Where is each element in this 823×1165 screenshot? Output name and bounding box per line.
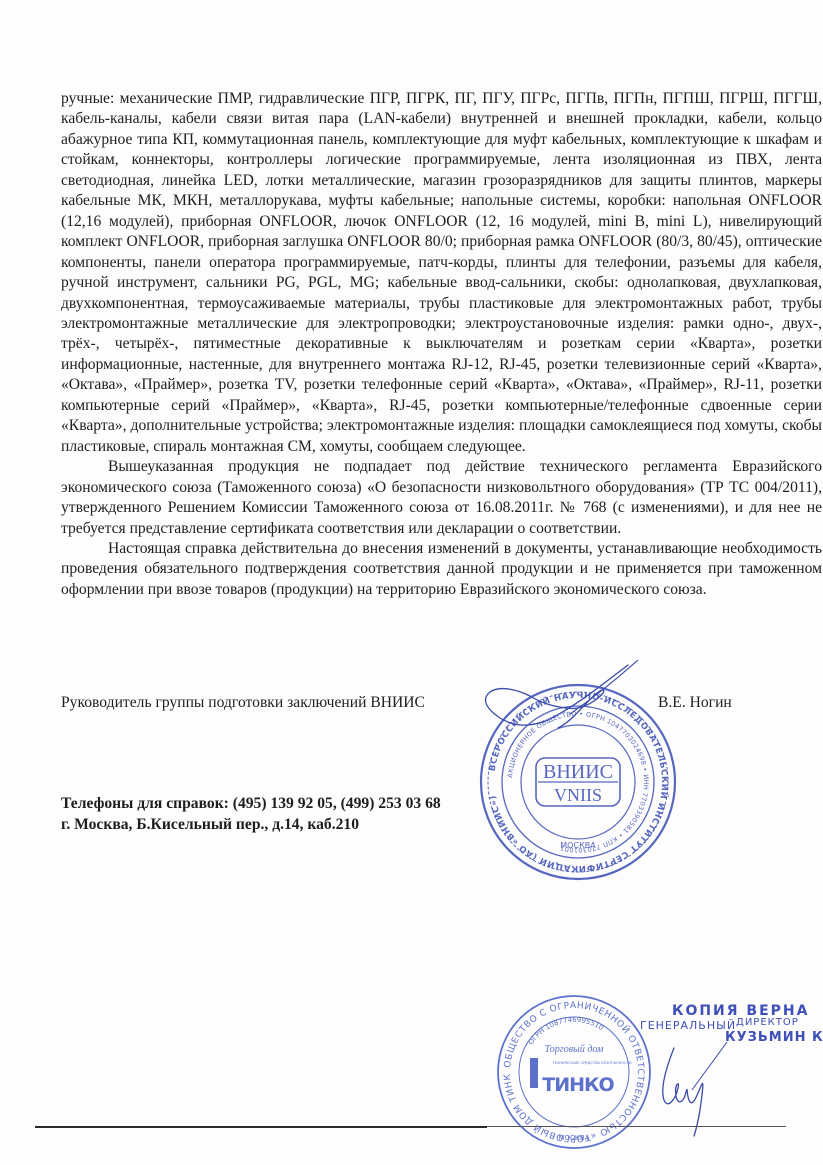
paragraph-product-list: ручные: механические ПМР, гидравлические… [61,89,822,457]
svg-text:ВНИИС: ВНИИС [543,761,613,783]
svg-text:Торговый дом: Торговый дом [545,1044,604,1055]
contact-phones: Телефоны для справок: (495) 139 92 05, (… [61,793,441,814]
tinko-stamp: ОБЩЕСТВО С ОГРАНИЧЕННОЙ ОТВЕТСТВЕННОСТЬЮ… [494,990,654,1155]
paragraph-regulation: Вышеуказанная продукция не подпадает под… [61,457,822,539]
footer-divider [35,1126,487,1128]
document-body: ручные: механические ПМР, гидравлические… [61,89,822,600]
signature-director-icon [652,1040,732,1140]
contact-address: г. Москва, Б.Кисельный пер., д.14, каб.2… [61,814,441,835]
director-name: КУЗЬМИН К.В. [725,1030,823,1045]
svg-text:МОСКВА: МОСКВА [560,841,596,850]
svg-text:МОСКВА: МОСКВА [559,1134,590,1142]
contacts-block: Телефоны для справок: (495) 139 92 05, (… [61,793,441,835]
paragraph-validity: Настоящая справка действительна до внесе… [61,539,822,600]
vniis-stamp: ВСЕРОССИЙСКИЙ НАУЧНО-ИССЛЕДОВАТЕЛЬСКИЙ И… [478,682,678,882]
general-label: ГЕНЕРАЛЬНЫЙ [640,1019,736,1032]
footer-divider-right [487,1126,786,1127]
svg-text:ТИНКО: ТИНКО [542,1074,614,1096]
svg-text:VNIIS: VNIIS [554,785,602,805]
svg-text:ТЕХНИЧЕСКИЕ СРЕДСТВА БЕЗОПАСНО: ТЕХНИЧЕСКИЕ СРЕДСТВА БЕЗОПАСНОСТИ [551,1061,632,1065]
director-label: ДИРЕКТОР [736,1017,799,1028]
document-page: ручные: механические ПМР, гидравлические… [0,0,823,1165]
signer-title: Руководитель группы подготовки заключени… [61,694,425,712]
